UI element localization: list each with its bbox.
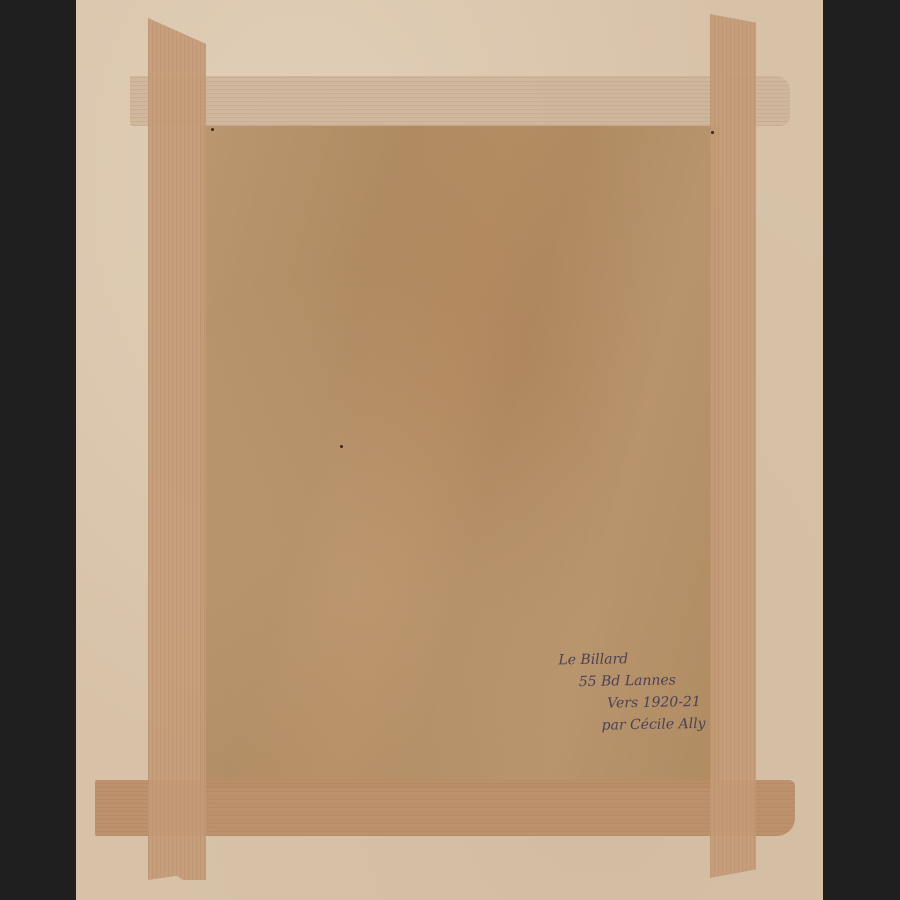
tape-right bbox=[710, 14, 756, 878]
inscription-artist: par Cécile Ally bbox=[555, 713, 725, 738]
pin-mark bbox=[711, 131, 714, 134]
pin-mark bbox=[340, 445, 343, 448]
inscription-date: Vers 1920-21 bbox=[555, 691, 725, 716]
tape-top bbox=[130, 76, 790, 126]
handwritten-inscription: Le Billard 55 Bd Lannes Vers 1920-21 par… bbox=[554, 647, 726, 738]
tape-left bbox=[148, 18, 206, 880]
pin-mark bbox=[211, 128, 214, 131]
inscription-address: 55 Bd Lannes bbox=[555, 669, 725, 694]
inscription-title: Le Billard bbox=[554, 647, 724, 672]
